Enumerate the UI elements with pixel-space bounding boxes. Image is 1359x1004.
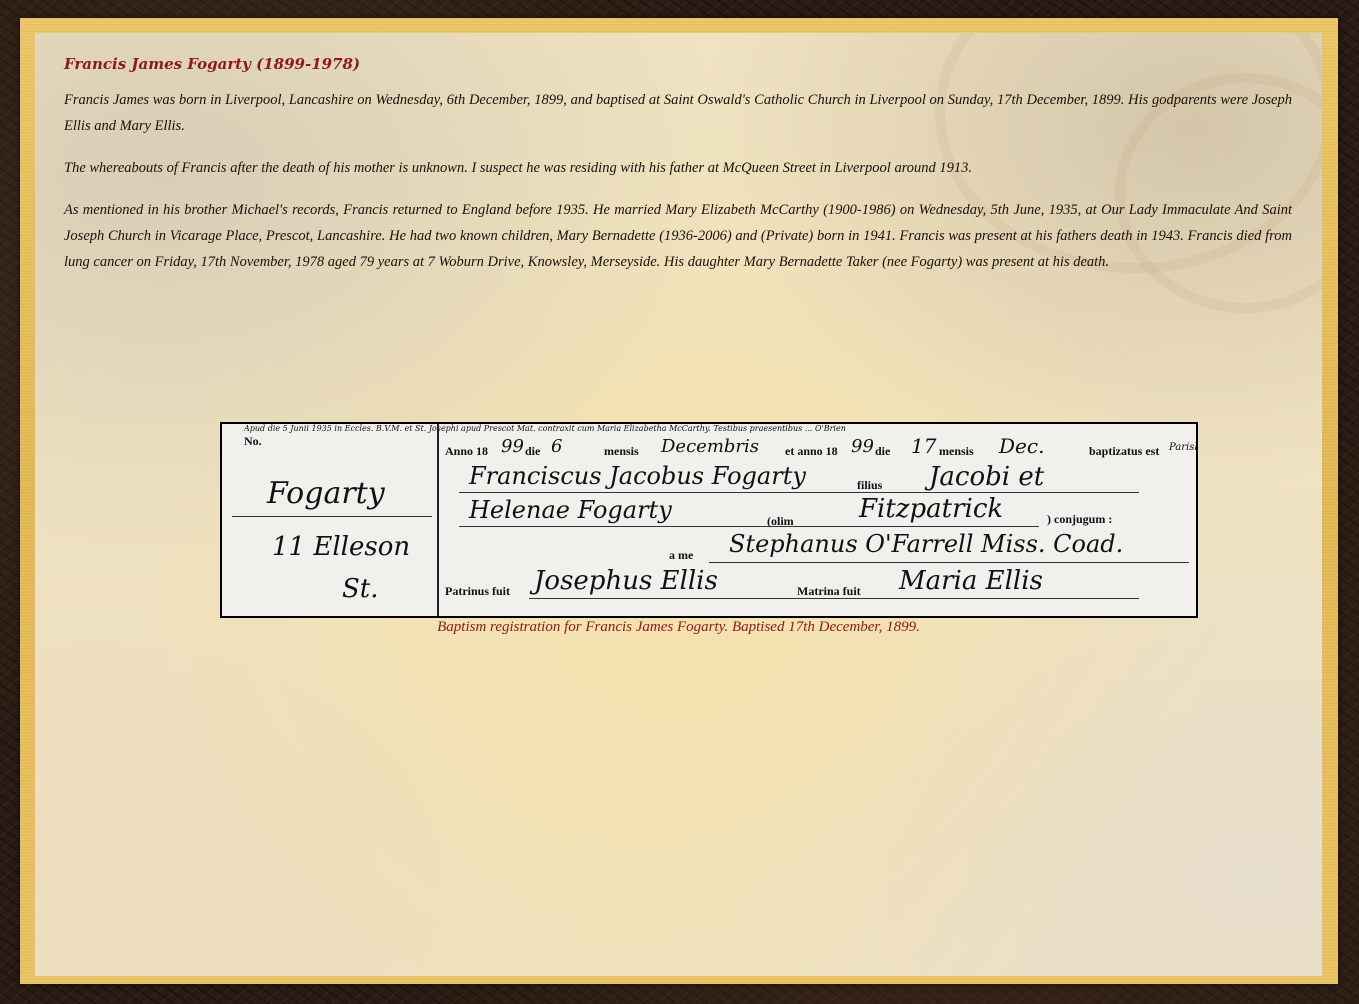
page-title: Francis James Fogarty (1899-1978) xyxy=(64,53,1292,75)
paragraph-later-life: As mentioned in his brother Michael's re… xyxy=(64,197,1292,275)
rule xyxy=(232,516,432,517)
record-mensis2-label: mensis xyxy=(939,444,974,459)
record-no-label: No. xyxy=(244,434,262,449)
record-matrina-value: Maria Ellis xyxy=(899,566,1043,596)
record-priest: Stephanus O'Farrell Miss. Coad. xyxy=(729,530,1123,558)
record-right-column: Anno 18 99 die 6 mensis Decembris et ann… xyxy=(439,424,1196,616)
record-die-label: die xyxy=(525,444,540,459)
record-filius-label: filius xyxy=(857,478,882,493)
rule xyxy=(529,598,1139,599)
biography-content: Francis James Fogarty (1899-1978) Franci… xyxy=(64,53,1292,291)
paragraph-birth: Francis James was born in Liverpool, Lan… xyxy=(64,87,1292,139)
record-anno-value: 99 xyxy=(501,436,524,457)
record-patrinus-label: Patrinus fuit xyxy=(445,584,510,599)
record-mother-name: Helenae Fogarty xyxy=(469,496,672,524)
record-maiden-name: Fitzpatrick xyxy=(859,494,1003,524)
parchment-panel: Francis James Fogarty (1899-1978) Franci… xyxy=(35,33,1322,976)
record-die2-label: die xyxy=(875,444,890,459)
record-father-name: Jacobi et xyxy=(929,462,1044,492)
baptism-record-image: Apud die 5 Junii 1935 in Eccles. B.V.M. … xyxy=(220,422,1198,618)
record-left-column: No. Fogarty 11 Elleson St. xyxy=(222,424,439,616)
rule xyxy=(459,492,1139,493)
record-a-me-label: a me xyxy=(669,548,693,563)
record-mensis2-value: Dec. xyxy=(999,434,1044,458)
rule xyxy=(459,526,1039,527)
record-mensis-label: mensis xyxy=(604,444,639,459)
record-et-anno-value: 99 xyxy=(851,436,874,457)
record-mensis-value: Decembris xyxy=(661,436,759,457)
record-surname: Fogarty xyxy=(267,476,385,511)
record-baptizat-note: Parish xyxy=(1169,442,1198,453)
record-et-anno-label: et anno 18 xyxy=(785,444,838,459)
record-die2-value: 17 xyxy=(911,434,936,458)
image-caption: Baptism registration for Francis James F… xyxy=(35,619,1322,636)
record-patrinus-value: Josephus Ellis xyxy=(534,566,718,596)
record-anno-label: Anno 18 xyxy=(445,444,488,459)
record-baptizat-label: baptizatus est xyxy=(1089,444,1159,459)
record-address-line2: St. xyxy=(342,574,379,604)
record-die-value: 6 xyxy=(551,436,562,457)
record-child-name: Franciscus Jacobus Fogarty xyxy=(469,462,806,490)
record-address-line1: 11 Elleson xyxy=(272,532,410,562)
record-matrina-label: Matrina fuit xyxy=(797,584,861,599)
rule xyxy=(709,562,1189,563)
paragraph-whereabouts: The whereabouts of Francis after the dea… xyxy=(64,155,1292,181)
record-conjugum-label: ) conjugum : xyxy=(1047,512,1112,527)
